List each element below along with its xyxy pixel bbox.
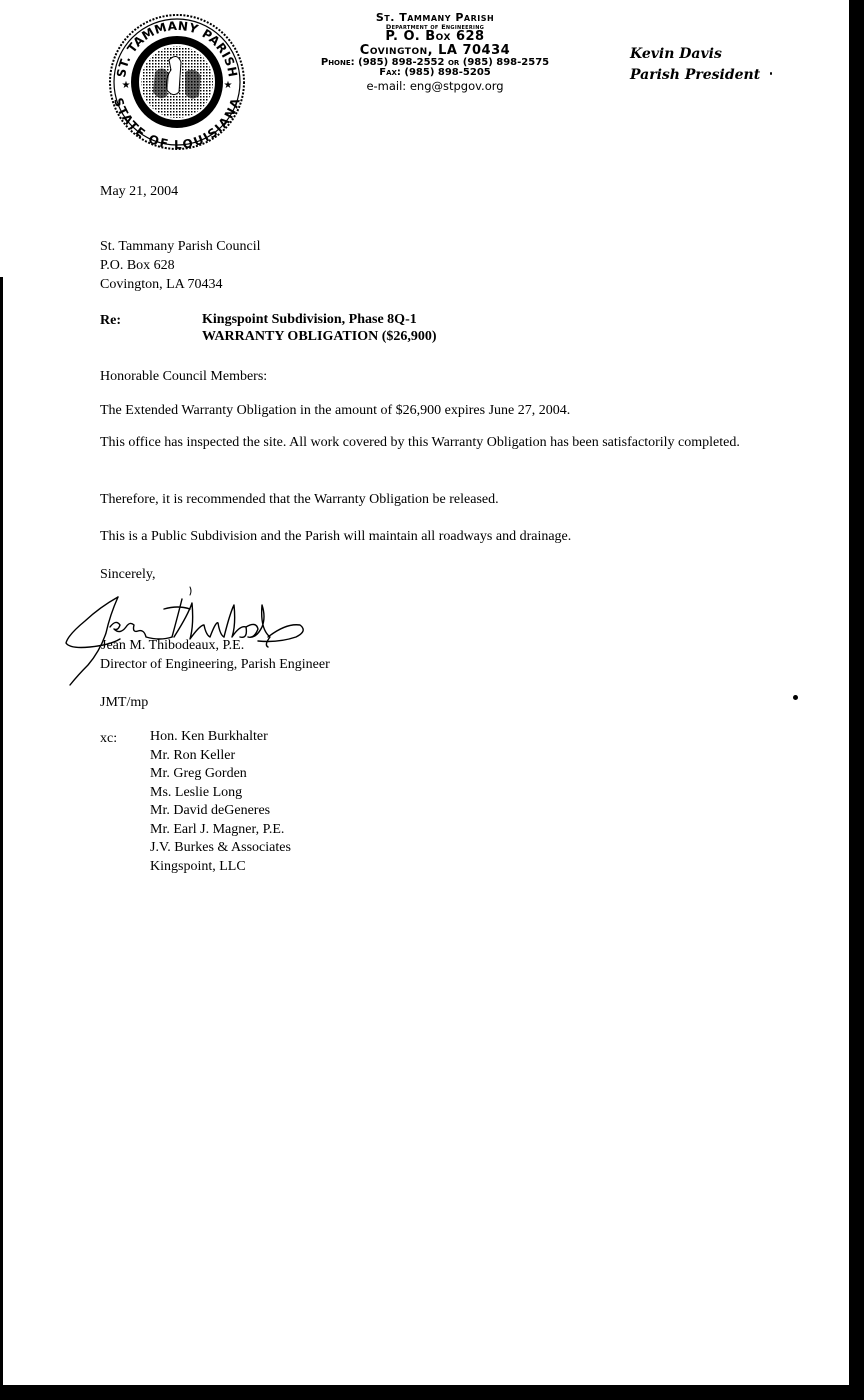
cc-list: Hon. Ken Burkhalter Mr. Ron Keller Mr. G…: [150, 728, 291, 876]
recipient-line: St. Tammany Parish Council: [100, 238, 261, 256]
parish-president-block: Kevin Davis Parish President: [630, 44, 760, 86]
cc-recipient: Mr. Greg Gorden: [150, 765, 291, 784]
paragraph-inspection: This office has inspected the site. All …: [100, 432, 760, 453]
recipient-line: Covington, LA 70434: [100, 276, 223, 294]
cc-recipient: Ms. Leslie Long: [150, 784, 291, 803]
svg-text:★: ★: [224, 80, 233, 91]
letterhead: St. Tammany Parish Department of Enginee…: [290, 12, 580, 92]
re-subject: Kingspoint Subdivision, Phase 8Q-1: [202, 311, 417, 329]
signer-name: Jean M. Thibodeaux, P.E.: [101, 637, 244, 655]
closing: Sincerely,: [100, 566, 155, 584]
cc-recipient: J.V. Burkes & Associates: [150, 839, 291, 858]
paragraph-maintenance: This is a Public Subdivision and the Par…: [100, 528, 571, 546]
cc-recipient: Mr. David deGeneres: [150, 802, 291, 821]
letter-date: May 21, 2004: [100, 183, 178, 201]
scan-border-bottom: [0, 1385, 864, 1400]
pelican-seal-icon: ST. TAMMANY PARISH STATE OF LOUISIANA ★ …: [107, 12, 247, 152]
scan-border-left: [0, 277, 3, 1400]
paragraph-recommendation: Therefore, it is recommended that the Wa…: [100, 491, 499, 509]
cc-label: xc:: [100, 730, 117, 748]
cc-recipient: Hon. Ken Burkhalter: [150, 728, 291, 747]
recipient-line: P.O. Box 628: [100, 257, 175, 275]
organization-name: St. Tammany Parish: [290, 12, 580, 24]
scan-speck: [770, 72, 772, 75]
city-line: Covington, LA 70434: [290, 44, 580, 58]
re-subject-amount: WARRANTY OBLIGATION ($26,900): [202, 328, 437, 346]
cc-recipient: Mr. Earl J. Magner, P.E.: [150, 821, 291, 840]
typist-initials: JMT/mp: [100, 694, 148, 712]
po-box: P. O. Box 628: [290, 30, 580, 44]
signer-title: Director of Engineering, Parish Engineer: [100, 656, 330, 674]
president-title: Parish President: [630, 65, 760, 86]
scan-speck: [793, 695, 798, 700]
cc-recipient: Mr. Ron Keller: [150, 747, 291, 766]
cc-recipient: Kingspoint, LLC: [150, 858, 291, 877]
svg-text:★: ★: [122, 80, 131, 91]
scan-border-right: [849, 0, 864, 1400]
re-label: Re:: [100, 312, 121, 330]
fax-line: Fax: (985) 898-5205: [290, 68, 580, 79]
president-name: Kevin Davis: [630, 44, 760, 65]
email-line: e-mail: eng@stpgov.org: [290, 80, 580, 92]
salutation: Honorable Council Members:: [100, 368, 267, 386]
paragraph-expiry: The Extended Warranty Obligation in the …: [100, 402, 570, 420]
